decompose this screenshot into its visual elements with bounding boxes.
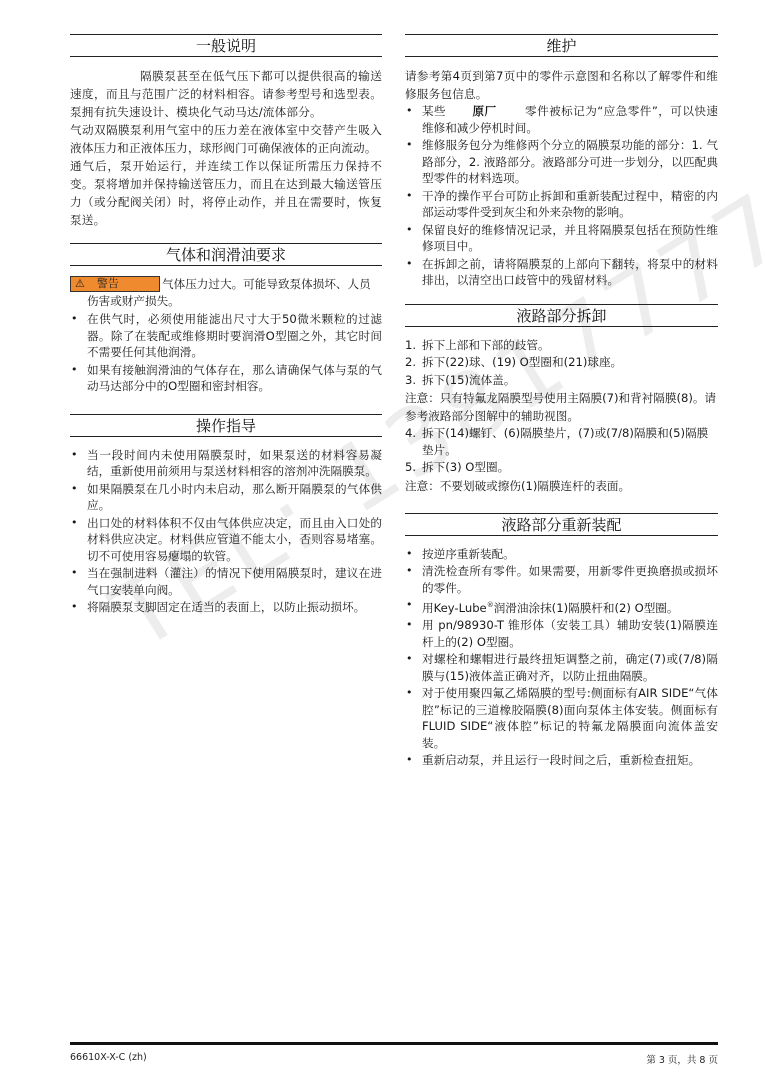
list-item: 清洗检查所有零件。如果需要，用新零件更换磨损或损坏的零件。 [405, 563, 718, 596]
section-title: 一般说明 [70, 34, 382, 57]
step-text: 拆下(15)流体盖。 [422, 373, 515, 387]
paragraph: 气动双隔膜泵利用气室中的压力差在液体室中交替产生吸入液体压力和正液体压力，球形阀… [70, 121, 382, 157]
section-title: 维护 [405, 34, 718, 57]
text: 某些 [422, 104, 446, 118]
section-disassembly: 液路部分拆卸 1.拆下上部和下部的歧管。 2.拆下(22)球、(19) O型圈和… [405, 304, 718, 495]
step-number: 4. [405, 425, 416, 442]
text: 润滑油涂抹(1)隔膜杆和(2) O型圈。 [494, 601, 679, 615]
note: 注意：只有特氟龙隔膜型号使用主隔膜(7)和背衬隔膜(8)。请参考液路部分图解中的… [405, 389, 718, 425]
right-column: 维护 请参考第4页到第7页中的零件示意图和名称以了解零件和维修服务包信息。 某些… [405, 34, 718, 770]
step-number: 1. [405, 337, 416, 354]
paragraph: 通气后，泵开始运行，并连续工作以保证所需压力保持不变。泵将增加并保持输送管压力，… [70, 157, 382, 229]
list-item: 当在强制进料（灌注）的情况下使用隔膜泵时，建议在进气口安装单向阀。 [70, 565, 382, 598]
list-item: 对于使用聚四氟乙烯隔膜的型号:侧面标有AIR SIDE“气体腔”标记的三道橡胶隔… [405, 685, 718, 751]
footer-rule [70, 1042, 718, 1045]
list-item: 重新启动泵，并且运行一段时间之后，重新检查扭矩。 [405, 752, 718, 769]
warning-label: 警告 [97, 277, 119, 290]
step-item: 3.拆下(15)流体盖。 [405, 372, 718, 389]
bullet-list: 某些原厂零件被标记为“应急零件”，可以快速维修和减少停机时间。 维修服务包分为维… [405, 103, 718, 289]
section-maintenance: 维护 请参考第4页到第7页中的零件示意图和名称以了解零件和维修服务包信息。 某些… [405, 34, 718, 289]
step-number: 2. [405, 354, 416, 371]
section-title: 气体和润滑油要求 [70, 243, 382, 266]
list-item: 如果隔膜泵在几小时内未启动，那么断开隔膜泵的气体供应。 [70, 481, 382, 514]
section-title: 液路部分拆卸 [405, 304, 718, 327]
text: 零件被标记为“应急零件”，可以快速维修和减少停机时间。 [422, 104, 718, 135]
step-text: 拆下(22)球、(19) O型圈和(21)球座。 [422, 355, 622, 369]
step-item: 2.拆下(22)球、(19) O型圈和(21)球座。 [405, 354, 718, 371]
bullet-list: 按逆序重新装配。 清洗检查所有零件。如果需要，用新零件更换磨损或损坏的零件。 用… [405, 546, 718, 769]
warning-triangle-icon: ⚠ [75, 277, 85, 290]
section-title: 液路部分重新装配 [405, 513, 718, 536]
numbered-list: 1.拆下上部和下部的歧管。 2.拆下(22)球、(19) O型圈和(21)球座。… [405, 337, 718, 389]
document-id: 66610X-X-C (zh) [70, 1052, 147, 1063]
warning-notice: ⚠警告气体压力过大。可能导致泵体损坏、人员伤害或财产损失。 [70, 276, 382, 310]
step-item: 4.拆下(14)螺钉、(6)隔膜垫片，(7)或(7/8)隔膜和(5)隔膜垫片。 [405, 425, 718, 458]
step-text: 拆下(14)螺钉、(6)隔膜垫片，(7)或(7/8)隔膜和(5)隔膜垫片。 [422, 426, 708, 457]
list-item: 干净的操作平台可防止拆卸和重新装配过程中，精密的内部运动零件受到灰尘和外来杂物的… [405, 188, 718, 221]
emphasis-text: 原厂 [472, 104, 497, 118]
step-text: 拆下(3) O型圈。 [422, 460, 509, 474]
list-item: 保留良好的维修情况记录，并且将隔膜泵包括在预防性维修项目中。 [405, 222, 718, 255]
section-reassembly: 液路部分重新装配 按逆序重新装配。 清洗检查所有零件。如果需要，用新零件更换磨损… [405, 513, 718, 769]
list-item: 维修服务包分为维修两个分立的隔膜泵功能的部分：1. 气路部分，2. 液路部分。液… [405, 137, 718, 187]
section-general: 一般说明 隔膜泵甚至在低气压下都可以提供很高的输送速度，而且与范围广泛的材料相容… [70, 34, 382, 229]
list-item: 某些原厂零件被标记为“应急零件”，可以快速维修和减少停机时间。 [405, 103, 718, 136]
step-item: 1.拆下上部和下部的歧管。 [405, 337, 718, 354]
list-item: 当一段时间内未使用隔膜泵时，如果泵送的材料容易凝结，重新使用前须用与泵送材料相容… [70, 447, 382, 480]
list-item: 用Key-Lube®润滑油涂抹(1)隔膜杆和(2) O型圈。 [405, 597, 718, 616]
bullet-list: 当一段时间内未使用隔膜泵时，如果泵送的材料容易凝结，重新使用前须用与泵送材料相容… [70, 447, 382, 616]
section-air-lubrication: 气体和润滑油要求 ⚠警告气体压力过大。可能导致泵体损坏、人员伤害或财产损失。 在… [70, 243, 382, 395]
list-item: 对螺栓和螺帽进行最终扭矩调整之前，确定(7)或(7/8)隔膜与(15)液体盖正确… [405, 651, 718, 684]
text: 用Key-Lube [422, 601, 487, 615]
list-item: 出口处的材料体积不仅由气体供应决定，而且由入口处的材料供应决定。材料供应管道不能… [70, 515, 382, 565]
step-item: 5.拆下(3) O型圈。 [405, 459, 718, 476]
list-item: 将隔膜泵支脚固定在适当的表面上，以防止振动损坏。 [70, 599, 382, 616]
list-item: 如果有接触润滑油的气体存在，那么请确保气体与泵的气动马达部分中的O型圈和密封相容… [70, 362, 382, 395]
numbered-list: 4.拆下(14)螺钉、(6)隔膜垫片，(7)或(7/8)隔膜和(5)隔膜垫片。 … [405, 425, 718, 476]
section-operation: 操作指导 当一段时间内未使用隔膜泵时，如果泵送的材料容易凝结，重新使用前须用与泵… [70, 414, 382, 616]
bullet-list: 在供气时，必须使用能滤出尺寸大于50微米颗粒的过滤器。除了在装配或维修期时要润滑… [70, 311, 382, 395]
step-number: 5. [405, 459, 416, 476]
step-text: 拆下上部和下部的歧管。 [422, 338, 550, 352]
list-item: 按逆序重新装配。 [405, 546, 718, 563]
section-title: 操作指导 [70, 414, 382, 437]
warning-badge: ⚠警告 [70, 276, 160, 292]
paragraph: 隔膜泵甚至在低气压下都可以提供很高的输送速度，而且与范围广泛的材料相容。请参考型… [70, 67, 382, 121]
left-column: 一般说明 隔膜泵甚至在低气压下都可以提供很高的输送速度，而且与范围广泛的材料相容… [70, 34, 382, 617]
paragraph: 请参考第4页到第7页中的零件示意图和名称以了解零件和维修服务包信息。 [405, 67, 718, 103]
note: 注意：不要划破或擦伤(1)隔膜连杆的表面。 [405, 477, 718, 495]
list-item: 在拆卸之前，请将隔膜泵的上部向下翻转，将泵中的材料排出，以清空出口歧管中的残留材… [405, 256, 718, 289]
list-item: 用 pn/98930-T 锥形体（安装工具）辅助安装(1)隔膜连杆上的(2) O… [405, 617, 718, 650]
page-number: 第 3 页，共 8 页 [646, 1052, 718, 1066]
step-number: 3. [405, 372, 416, 389]
registered-mark: ® [487, 601, 494, 609]
list-item: 在供气时，必须使用能滤出尺寸大于50微米颗粒的过滤器。除了在装配或维修期时要润滑… [70, 311, 382, 361]
